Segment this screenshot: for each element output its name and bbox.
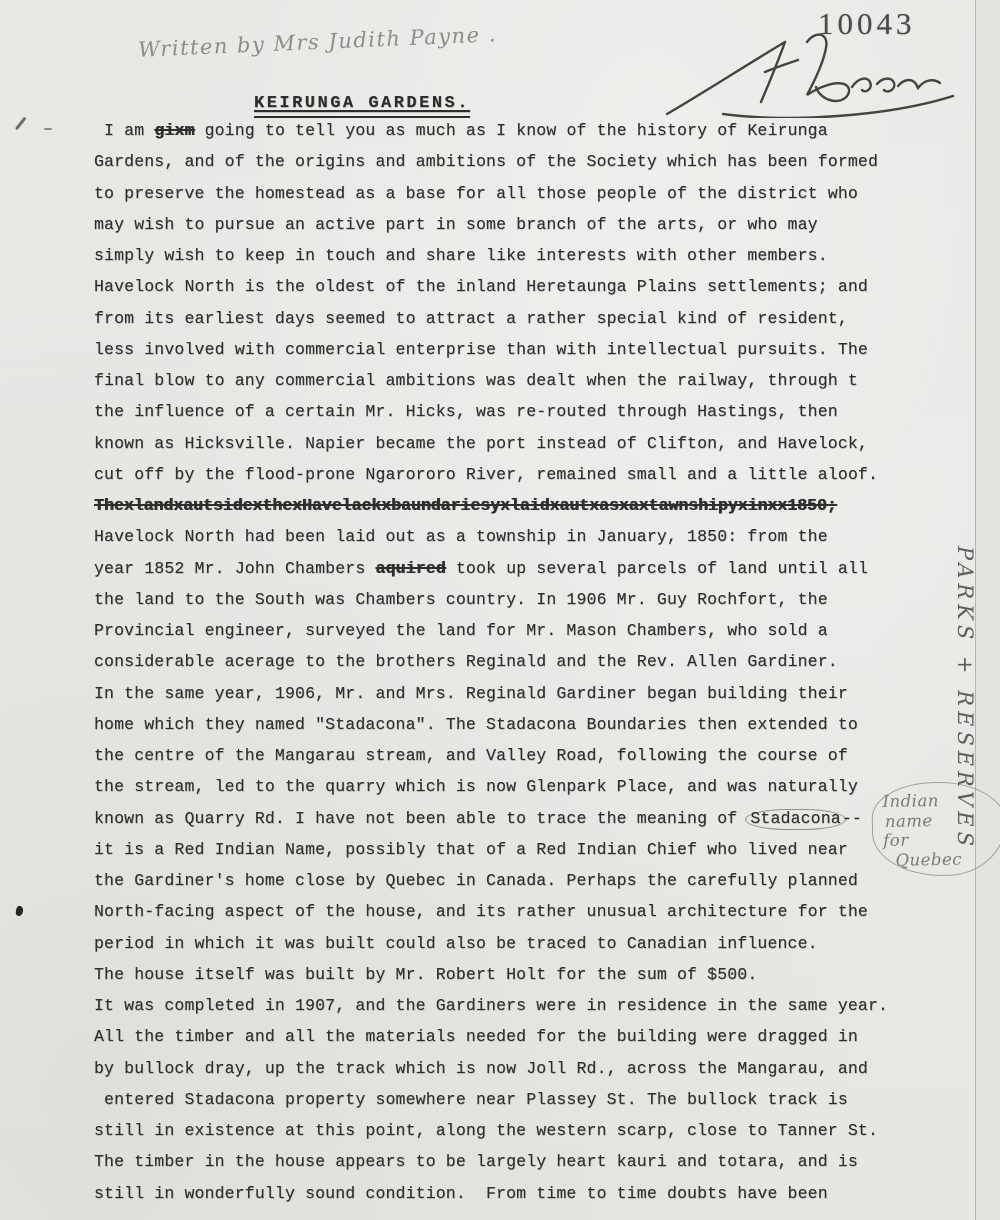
handwritten-margin-note: Indian name for Quebec [871,781,1000,877]
typed-text: cut off by the flood-prone Ngarororo Riv… [94,465,878,484]
typed-text: final blow to any commercial ambitions w… [94,371,858,390]
typed-line: by bullock dray, up the track which is n… [94,1059,924,1090]
typed-line: year 1852 Mr. John Chambers aquired took… [94,559,924,590]
typed-line: In the same year, 1906, Mr. and Mrs. Reg… [94,684,924,715]
typed-line: entered Stadacona property somewhere nea… [94,1090,924,1121]
typed-text: going to tell you as much as I know of t… [195,121,828,140]
typed-text: entered Stadacona property somewhere nea… [94,1090,848,1109]
typed-line: The house itself was built by Mr. Robert… [94,965,924,996]
struck-text: gixm [154,121,194,140]
typed-line: it is a Red Indian Name, possibly that o… [94,840,924,871]
typed-line: final blow to any commercial ambitions w… [94,371,924,402]
scanned-document-page: 10043 Written by Mrs Judith Payne . KEIR… [0,0,1000,1220]
typed-text: Havelock North is the oldest of the inla… [94,277,868,296]
typed-text: by bullock dray, up the track which is n… [94,1059,868,1078]
typed-line: known as Quarry Rd. I have not been able… [94,809,924,840]
handwritten-signature [665,26,960,118]
pencil-tick-mark [15,117,26,130]
typed-line: All the timber and all the materials nee… [94,1027,924,1058]
page-edge-fold-line [975,0,1000,1220]
typed-line: known as Hicksville. Napier became the p… [94,434,924,465]
typed-text: period in which it was built could also … [94,934,818,953]
overstruck-text: ThexlandxautsidexthexHavelackxbaundaries… [94,496,837,515]
typed-line: less involved with commercial enterprise… [94,340,924,371]
typed-text: The timber in the house appears to be la… [94,1152,858,1171]
typed-line: still in wonderfully sound condition. Fr… [94,1184,924,1215]
typed-line: The timber in the house appears to be la… [94,1152,924,1183]
typed-line: the influence of a certain Mr. Hicks, wa… [94,402,924,433]
typed-text: took up several parcels of land until al… [446,559,868,578]
typed-text: home which they named "Stadacona". The S… [94,715,858,734]
circled-text: Stadacona [745,809,845,830]
typed-text: known as Quarry Rd. I have not been able… [94,809,747,828]
typed-line: Havelock North had been laid out as a to… [94,527,924,558]
typed-text: the land to the South was Chambers count… [94,590,828,609]
typed-line: simply wish to keep in touch and share l… [94,246,924,277]
typed-text: may wish to pursue an active part in som… [94,215,818,234]
typed-text: from its earliest days seemed to attract… [94,309,848,328]
document-title: KEIRUNGA GARDENS. [254,94,470,118]
typed-line: It was completed in 1907, and the Gardin… [94,996,924,1027]
typed-text: All the timber and all the materials nee… [94,1027,858,1046]
margin-vertical-label: PARKS + RESERVES [953,546,977,851]
pencil-dash-mark [44,128,52,130]
typed-text: The house itself was built by Mr. Robert… [94,965,757,984]
typed-line: the land to the South was Chambers count… [94,590,924,621]
typed-line: the Gardiner's home close by Quebec in C… [94,871,924,902]
typed-line: to preserve the homestead as a base for … [94,184,924,215]
typed-line: Havelock North is the oldest of the inla… [94,277,924,308]
typed-line: Provincial engineer, surveyed the land f… [94,621,924,652]
typed-body-text: I am gixm going to tell you as much as I… [94,121,924,1215]
typed-line: the centre of the Mangarau stream, and V… [94,746,924,777]
typed-text: simply wish to keep in touch and share l… [94,246,828,265]
typed-text: the influence of a certain Mr. Hicks, wa… [94,402,838,421]
margin-note-line: name [885,809,999,830]
margin-note-line: Quebec [895,848,999,869]
handwritten-attribution: Written by Mrs Judith Payne . [138,22,498,62]
typed-text: considerable acerage to the brothers Reg… [94,652,838,671]
typed-line: I am gixm going to tell you as much as I… [94,121,924,152]
typed-line: from its earliest days seemed to attract… [94,309,924,340]
typed-text: still in existence at this point, along … [94,1121,878,1140]
ink-blot-mark [15,905,24,916]
typed-line: cut off by the flood-prone Ngarororo Riv… [94,465,924,496]
typed-text: Gardens, and of the origins and ambition… [94,152,878,171]
typed-text: it is a Red Indian Name, possibly that o… [94,840,848,859]
typed-text: year 1852 Mr. John Chambers [94,559,375,578]
typed-text: known as Hicksville. Napier became the p… [94,434,868,453]
typed-text: Havelock North had been laid out as a to… [94,527,828,546]
typed-text: -- [842,809,862,828]
typed-text: the stream, led to the quarry which is n… [94,777,858,796]
typed-text: North-facing aspect of the house, and it… [94,902,868,921]
typed-text: still in wonderfully sound condition. Fr… [94,1184,828,1203]
typed-line: may wish to pursue an active part in som… [94,215,924,246]
typed-line: ThexlandxautsidexthexHavelackxbaundaries… [94,496,924,527]
struck-text: aquired [375,559,445,578]
typed-text: In the same year, 1906, Mr. and Mrs. Reg… [94,684,848,703]
typed-line: home which they named "Stadacona". The S… [94,715,924,746]
typed-line: still in existence at this point, along … [94,1121,924,1152]
margin-note-line: Indian [882,790,998,812]
typed-line: period in which it was built could also … [94,934,924,965]
typed-text: less involved with commercial enterprise… [94,340,868,359]
typed-text: the centre of the Mangarau stream, and V… [94,746,848,765]
typed-line: North-facing aspect of the house, and it… [94,902,924,933]
typed-text: the Gardiner's home close by Quebec in C… [94,871,858,890]
typed-line: the stream, led to the quarry which is n… [94,777,924,808]
typed-text: It was completed in 1907, and the Gardin… [94,996,888,1015]
typed-text: I am [94,121,154,140]
margin-note-line: for [883,829,999,851]
typed-line: Gardens, and of the origins and ambition… [94,152,924,183]
typed-text: to preserve the homestead as a base for … [94,184,858,203]
typed-line: considerable acerage to the brothers Reg… [94,652,924,683]
typed-text: Provincial engineer, surveyed the land f… [94,621,828,640]
